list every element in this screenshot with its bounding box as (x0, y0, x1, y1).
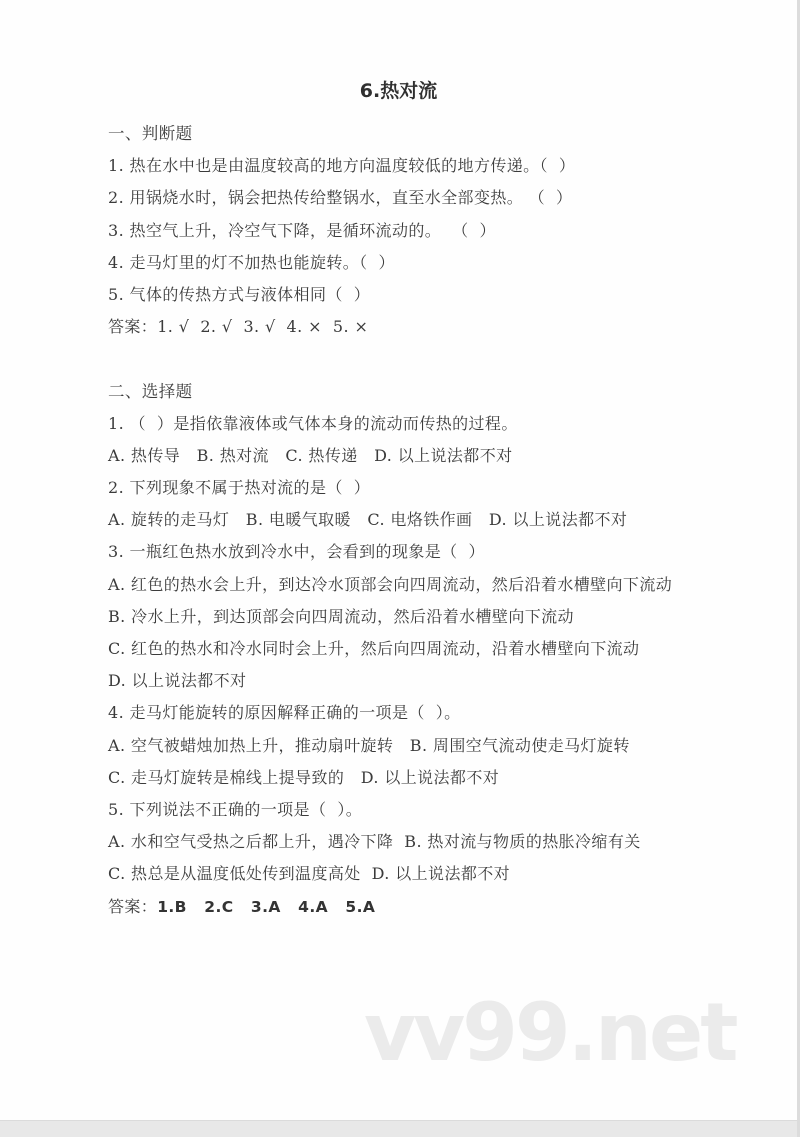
question-line: 4. 走马灯里的灯不加热也能旋转。（ ） (108, 247, 717, 279)
section-heading-multiple-choice: 二、选择题 (108, 376, 717, 408)
question-line: 5. 下列说法不正确的一项是（ ）。 (108, 794, 717, 826)
answers-label: 答案： (108, 897, 157, 916)
question-line: 3. 热空气上升，冷空气下降，是循环流动的。 （ ） (108, 215, 717, 247)
question-line: 4. 走马灯能旋转的原因解释正确的一项是（ ）。 (108, 697, 717, 729)
options-line: C. 热总是从温度低处传到温度高处 D. 以上说法都不对 (108, 858, 717, 890)
watermark-text: vv99.net (364, 986, 735, 1079)
section-gap (108, 343, 717, 375)
option-line: A. 红色的热水会上升，到达冷水顶部会向四周流动，然后沿着水槽壁向下流动 (108, 569, 717, 601)
worksheet-body: 一、判断题 1. 热在水中也是由温度较高的地方向温度较低的地方传递。（ ） 2.… (108, 118, 717, 923)
page-bottom-edge (0, 1120, 797, 1137)
answers-label: 答案： (108, 317, 157, 336)
option-line: D. 以上说法都不对 (108, 665, 717, 697)
answers-line-multiple-choice: 答案：1.B 2.C 3.A 4.A 5.A (108, 891, 717, 923)
page-title: 6.热对流 (0, 0, 797, 104)
worksheet-page: 6.热对流 一、判断题 1. 热在水中也是由温度较高的地方向温度较低的地方传递。… (0, 0, 800, 1137)
question-line: 2. 下列现象不属于热对流的是（ ） (108, 472, 717, 504)
options-line: A. 空气被蜡烛加热上升，推动扇叶旋转 B. 周围空气流动使走马灯旋转 (108, 730, 717, 762)
answers-line-true-false: 答案：1. √ 2. √ 3. √ 4. × 5. × (108, 311, 717, 343)
question-line: 3. 一瓶红色热水放到冷水中，会看到的现象是（ ） (108, 536, 717, 568)
answers-values: 1.B 2.C 3.A 4.A 5.A (157, 898, 375, 916)
answers-values: 1. √ 2. √ 3. √ 4. × 5. × (157, 317, 368, 336)
options-line: A. 旋转的走马灯 B. 电暖气取暖 C. 电烙铁作画 D. 以上说法都不对 (108, 504, 717, 536)
section-heading-true-false: 一、判断题 (108, 118, 717, 150)
question-line: 2. 用锅烧水时，锅会把热传给整锅水，直至水全部变热。 （ ） (108, 182, 717, 214)
question-line: 1. 热在水中也是由温度较高的地方向温度较低的地方传递。（ ） (108, 150, 717, 182)
options-line: A. 水和空气受热之后都上升，遇冷下降 B. 热对流与物质的热胀冷缩有关 (108, 826, 717, 858)
question-line: 5. 气体的传热方式与液体相同（ ） (108, 279, 717, 311)
question-line: 1. （ ）是指依靠液体或气体本身的流动而传热的过程。 (108, 408, 717, 440)
options-line: A. 热传导 B. 热对流 C. 热传递 D. 以上说法都不对 (108, 440, 717, 472)
options-line: C. 走马灯旋转是棉线上提导致的 D. 以上说法都不对 (108, 762, 717, 794)
option-line: C. 红色的热水和冷水同时会上升，然后向四周流动，沿着水槽壁向下流动 (108, 633, 717, 665)
option-line: B. 冷水上升，到达顶部会向四周流动，然后沿着水槽壁向下流动 (108, 601, 717, 633)
